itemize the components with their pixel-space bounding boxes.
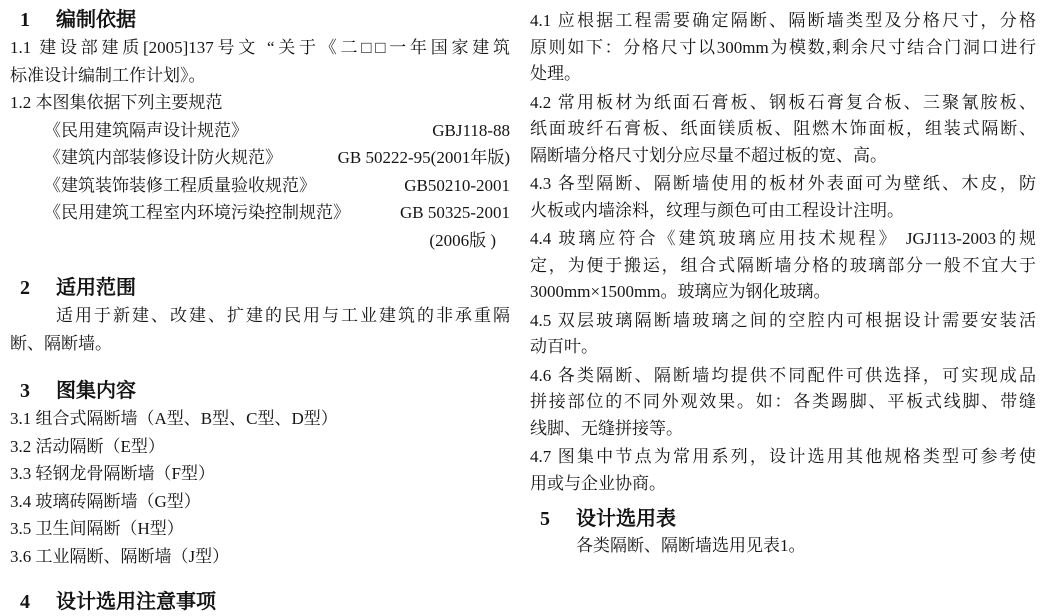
text-line: 用或与企业协商。: [530, 471, 1036, 498]
standard-code: GB 50222-95(2001年版): [338, 144, 510, 172]
clause-4-7: 4.7 图集中节点为常用系列，设计选用其他规格类型可参考使 用或与企业协商。: [530, 444, 1036, 497]
standards-list: 《民用建筑隔声设计规范》 GBJ118-88 《建筑内部装修设计防火规范》 GB…: [10, 117, 510, 255]
section-2-heading: 2适用范围: [10, 274, 510, 302]
clause-4-4: 4.4 玻璃应符合《建筑玻璃应用技术规程》 JGJ113-2003的规 定，为便…: [530, 226, 1036, 306]
clause-4-6: 4.6 各类隔断、隔断墙均提供不同配件可供选择，可实现成品 拼接部位的不同外观效…: [530, 363, 1036, 443]
text-line: 动百叶。: [530, 334, 1036, 361]
text-line: 处理。: [530, 61, 1036, 88]
text-line: 定，为便于搬运，组合式隔断墙分格的玻璃部分一般不宜大于: [530, 253, 1036, 280]
list-item: 3.2 活动隔断（E型）: [10, 433, 510, 461]
standard-edition-note: (2006版 ): [429, 227, 496, 255]
text-line: 断、隔断墙。: [10, 330, 510, 358]
section-3-number: 3: [20, 377, 56, 405]
text-line: 1.1 建设部建质[2005]137号文 “关于《二□□一年国家建筑: [10, 34, 510, 62]
section-1-title: 编制依据: [56, 9, 136, 31]
section-1-number: 1: [20, 6, 56, 34]
list-item: 3.5 卫生间隔断（H型）: [10, 515, 510, 543]
standard-code: GB 50325-2001: [400, 199, 510, 227]
text-line: 4.1 应根据工程需要确定隔断、隔断墙类型及分格尺寸，分格: [530, 8, 1036, 35]
standard-row: (2006版 ): [10, 227, 510, 255]
text-line: 火板或内墙涂料，纹理与颜色可由工程设计注明。: [530, 198, 1036, 225]
section-3-list: 3.1 组合式隔断墙（A型、B型、C型、D型） 3.2 活动隔断（E型） 3.3…: [10, 405, 510, 570]
section-1-heading: 1编制依据: [10, 6, 510, 34]
section-4-title: 设计选用注意事项: [56, 591, 216, 613]
text-line: 标准设计编制工作计划》。: [10, 62, 510, 90]
clause-4-3: 4.3 各型隔断、隔断墙使用的板材外表面可为壁纸、木皮，防 火板或内墙涂料，纹理…: [530, 171, 1036, 224]
clause-4-1: 4.1 应根据工程需要确定隔断、隔断墙类型及分格尺寸，分格 原则如下：分格尺寸以…: [530, 8, 1036, 88]
clause-1-1: 1.1 建设部建质[2005]137号文 “关于《二□□一年国家建筑 标准设计编…: [10, 34, 510, 89]
standard-row: 《民用建筑工程室内环境污染控制规范》 GB 50325-2001: [10, 199, 510, 227]
section-3-title: 图集内容: [56, 380, 136, 402]
text-line: 4.4 玻璃应符合《建筑玻璃应用技术规程》 JGJ113-2003的规: [530, 226, 1036, 253]
text-line: 4.2 常用板材为纸面石膏板、钢板石膏复合板、三聚氰胺板、: [530, 90, 1036, 117]
right-column: 4.1 应根据工程需要确定隔断、隔断墙类型及分格尺寸，分格 原则如下：分格尺寸以…: [530, 8, 1036, 560]
text-line: 适用于新建、改建、扩建的民用与工业建筑的非承重隔: [10, 302, 510, 330]
standard-row: 《民用建筑隔声设计规范》 GBJ118-88: [10, 117, 510, 145]
section-4-heading: 4设计选用注意事项: [10, 588, 510, 616]
section-5-title: 设计选用表: [576, 508, 676, 530]
text-line: 拼接部位的不同外观效果。如：各类踢脚、平板式线脚、带缝: [530, 389, 1036, 416]
text-line: 4.6 各类隔断、隔断墙均提供不同配件可供选择，可实现成品: [530, 363, 1036, 390]
standard-code: GBJ118-88: [432, 117, 510, 145]
list-item: 3.1 组合式隔断墙（A型、B型、C型、D型）: [10, 405, 510, 433]
section-4-number: 4: [20, 588, 56, 616]
text-line: 3000mm×1500mm。玻璃应为钢化玻璃。: [530, 279, 1036, 306]
clause-1-2: 1.2 本图集依据下列主要规范: [10, 89, 510, 117]
text-line: 4.5 双层玻璃隔断墙玻璃之间的空腔内可根据设计需要安装活: [530, 308, 1036, 335]
section-3-heading: 3图集内容: [10, 377, 510, 405]
text-line: 隔断墙分格尺寸划分应尽量不超过板的宽、高。: [530, 143, 1036, 170]
section-2-title: 适用范围: [56, 277, 136, 299]
section-5-number: 5: [540, 505, 576, 533]
standard-row: 《建筑装饰装修工程质量验收规范》 GB50210-2001: [10, 172, 510, 200]
standard-title: 《民用建筑工程室内环境污染控制规范》: [44, 199, 350, 227]
clause-4-2: 4.2 常用板材为纸面石膏板、钢板石膏复合板、三聚氰胺板、 纸面玻纤石膏板、纸面…: [530, 90, 1036, 170]
section-5-body: 各类隔断、隔断墙选用见表1。: [530, 533, 1036, 560]
standard-title: 《建筑内部装修设计防火规范》: [44, 144, 282, 172]
standard-row: 《建筑内部装修设计防火规范》 GB 50222-95(2001年版): [10, 144, 510, 172]
standard-title: 《民用建筑隔声设计规范》: [44, 117, 248, 145]
text-line: 4.7 图集中节点为常用系列，设计选用其他规格类型可参考使: [530, 444, 1036, 471]
text-line: 原则如下：分格尺寸以300mm为模数,剩余尺寸结合门洞口进行: [530, 35, 1036, 62]
section-5-heading: 5设计选用表: [530, 505, 1036, 533]
section-2-number: 2: [20, 274, 56, 302]
section-2-body: 适用于新建、改建、扩建的民用与工业建筑的非承重隔 断、隔断墙。: [10, 302, 510, 357]
text-line: 4.3 各型隔断、隔断墙使用的板材外表面可为壁纸、木皮，防: [530, 171, 1036, 198]
standard-code: GB50210-2001: [404, 172, 510, 200]
text-line: 线脚、无缝拼接等。: [530, 416, 1036, 443]
list-item: 3.3 轻钢龙骨隔断墙（F型）: [10, 460, 510, 488]
list-item: 3.6 工业隔断、隔断墙（J型）: [10, 543, 510, 571]
text-line: 纸面玻纤石膏板、纸面镁质板、阻燃木饰面板，组装式隔断、: [530, 116, 1036, 143]
document-page: 1编制依据 1.1 建设部建质[2005]137号文 “关于《二□□一年国家建筑…: [0, 0, 1042, 616]
standard-title: 《建筑装饰装修工程质量验收规范》: [44, 172, 316, 200]
clause-4-5: 4.5 双层玻璃隔断墙玻璃之间的空腔内可根据设计需要安装活 动百叶。: [530, 308, 1036, 361]
left-column: 1编制依据 1.1 建设部建质[2005]137号文 “关于《二□□一年国家建筑…: [10, 6, 510, 616]
list-item: 3.4 玻璃砖隔断墙（G型）: [10, 488, 510, 516]
